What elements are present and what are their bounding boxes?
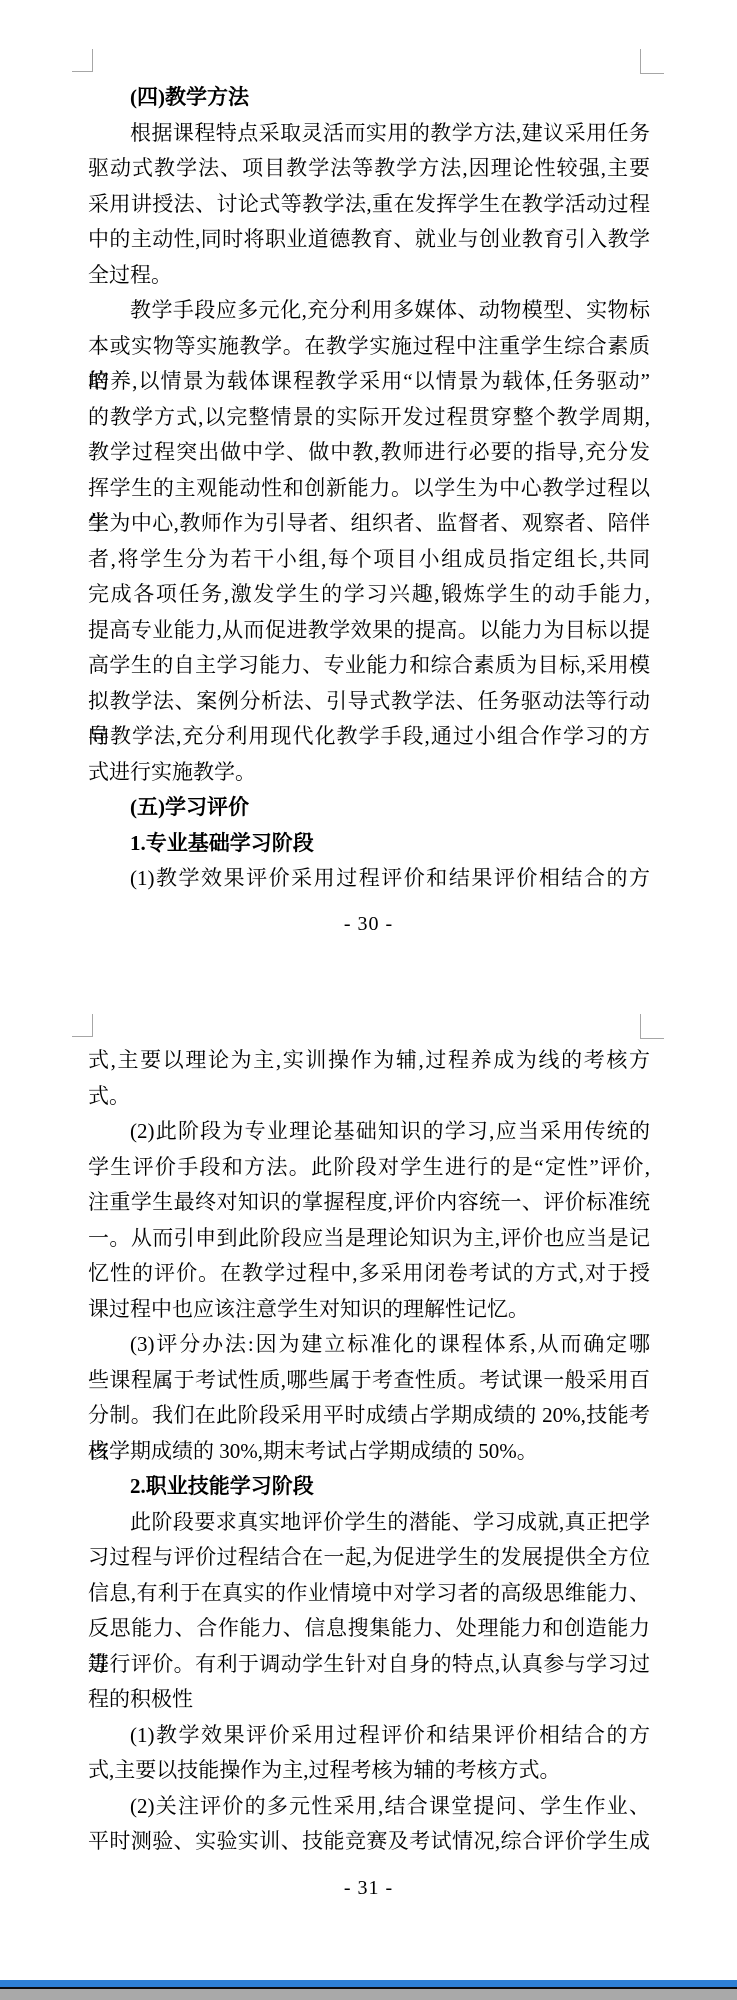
text-line: 培养,以情景为载体课程教学采用“以情景为载体,任务驱动” (88, 364, 650, 400)
page-number: - 30 - (0, 912, 737, 936)
text-line: 注重学生最终对知识的掌握程度,评价内容统一、评价标准统 (88, 1185, 650, 1221)
text-line: 的教学方式,以完整情景的实际开发过程贯穿整个教学周期, (88, 400, 650, 436)
text-line: (1)教学效果评价采用过程评价和结果评价相结合的方 (88, 861, 650, 897)
text-line: 式,主要以理论为主,实训操作为辅,过程养成为线的考核方 (88, 1043, 650, 1079)
text-boundary-corner-icon (640, 1014, 664, 1039)
text-line: 挥学生的主观能动性和创新能力。以学生为中心教学过程以学 (88, 471, 650, 507)
text-line: 此阶段要求真实地评价学生的潜能、学习成就,真正把学 (88, 1505, 650, 1541)
heading-line: (四)教学方法 (88, 80, 650, 116)
text-line: 课过程中也应该注意学生对知识的理解性记忆。 (88, 1292, 650, 1328)
text-line: (2)此阶段为专业理论基础知识的学习,应当采用传统的 (88, 1114, 650, 1150)
text-boundary-corner-icon (72, 49, 93, 72)
text-line: (2)关注评价的多元性采用,结合课堂提问、学生作业、 (88, 1789, 650, 1825)
text-line: 者,将学生分为若干小组,每个项目小组成员指定组长,共同 (88, 542, 650, 578)
page-31-text-area: 式,主要以理论为主,实训操作为辅,过程养成为线的考核方式。(2)此阶段为专业理论… (88, 1043, 650, 1860)
heading-line: 1.专业基础学习阶段 (88, 826, 650, 862)
text-line: 式。 (88, 1079, 650, 1115)
text-line: 完成各项任务,激发学生的学习兴趣,锻炼学生的动手能力, (88, 577, 650, 613)
text-line: 式进行实施教学。 (88, 755, 650, 791)
text-line: 式,主要以技能操作为主,过程考核为辅的考核方式。 (88, 1753, 650, 1789)
window-bottom-border (0, 1980, 737, 1987)
text-line: 中的主动性,同时将职业道德教育、就业与创业教育引入教学 (88, 222, 650, 258)
text-line: (1)教学效果评价采用过程评价和结果评价相结合的方 (88, 1718, 650, 1754)
text-boundary-corner-icon (640, 49, 664, 74)
text-line: 高学生的自主学习能力、专业能力和综合素质为目标,采用模 (88, 648, 650, 684)
text-line: 教学手段应多元化,充分利用多媒体、动物模型、实物标 (88, 293, 650, 329)
text-line: 全过程。 (88, 258, 650, 294)
text-line: 向教学法,充分利用现代化教学手段,通过小组合作学习的方 (88, 719, 650, 755)
text-line: 分制。我们在此阶段采用平时成绩占学期成绩的 20%,技能考核 (88, 1398, 650, 1434)
text-line: 忆性的评价。在教学过程中,多采用闭卷考试的方式,对于授 (88, 1256, 650, 1292)
text-line: 学生评价手段和方法。此阶段对学生进行的是“定性”评价, (88, 1150, 650, 1186)
text-line: 反思能力、合作能力、信息搜集能力、处理能力和创造能力等 (88, 1611, 650, 1647)
text-line: (3)评分办法:因为建立标准化的课程体系,从而确定哪 (88, 1327, 650, 1363)
text-line: 些课程属于考试性质,哪些属于考查性质。考试课一般采用百 (88, 1363, 650, 1399)
text-line: 程的积极性 (88, 1682, 650, 1718)
text-line: 一。从而引申到此阶段应当是理论知识为主,评价也应当是记 (88, 1221, 650, 1257)
text-line: 进行评价。有利于调动学生针对自身的特点,认真参与学习过 (88, 1647, 650, 1683)
text-line: 占学期成绩的 30%,期末考试占学期成绩的 50%。 (88, 1434, 650, 1470)
heading-line: (五)学习评价 (88, 790, 650, 826)
text-line: 驱动式教学法、项目教学法等教学方法,因理论性较强,主要 (88, 151, 650, 187)
text-boundary-corner-icon (72, 1014, 93, 1037)
text-line: 平时测验、实验实训、技能竞赛及考试情况,综合评价学生成 (88, 1824, 650, 1860)
heading-line: 2.职业技能学习阶段 (88, 1469, 650, 1505)
text-line: 本或实物等实施教学。在教学实施过程中注重学生综合素质的 (88, 329, 650, 365)
text-line: 根据课程特点采取灵活而实用的教学方法,建议采用任务 (88, 116, 650, 152)
document-canvas[interactable]: (四)教学方法根据课程特点采取灵活而实用的教学方法,建议采用任务驱动式教学法、项… (0, 0, 737, 2000)
text-line: 信息,有利于在真实的作业情境中对学习者的高级思维能力、 (88, 1576, 650, 1612)
text-line: 提高专业能力,从而促进教学效果的提高。以能力为目标以提 (88, 613, 650, 649)
text-line: 采用讲授法、讨论式等教学法,重在发挥学生在教学活动过程 (88, 187, 650, 223)
page-30-text-area: (四)教学方法根据课程特点采取灵活而实用的教学方法,建议采用任务驱动式教学法、项… (88, 80, 650, 897)
text-line: 生为中心,教师作为引导者、组织者、监督者、观察者、陪伴 (88, 506, 650, 542)
taskbar-strip (0, 1989, 737, 2000)
text-line: 教学过程突出做中学、做中教,教师进行必要的指导,充分发 (88, 435, 650, 471)
text-line: 习过程与评价过程结合在一起,为促进学生的发展提供全方位 (88, 1540, 650, 1576)
page-number: - 31 - (0, 1876, 737, 1900)
text-line: 拟教学法、案例分析法、引导式教学法、任务驱动法等行动导 (88, 684, 650, 720)
